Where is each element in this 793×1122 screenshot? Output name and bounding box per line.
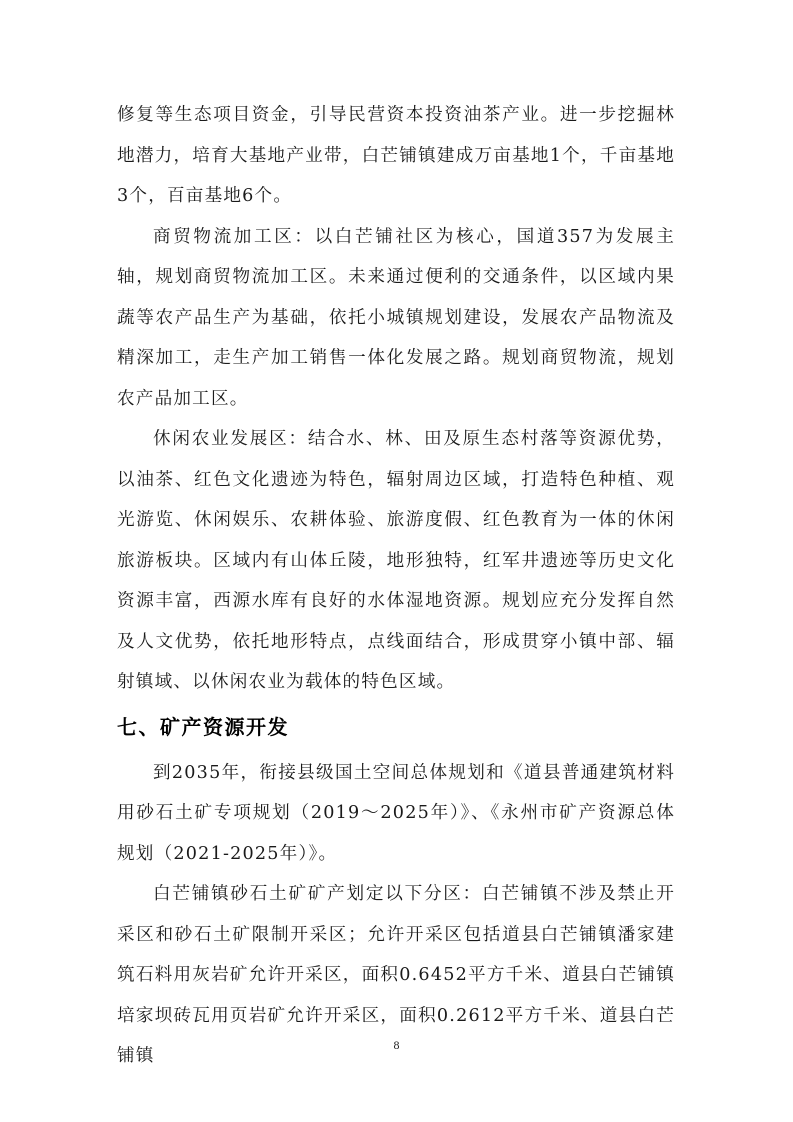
document-page: 修复等生态项目资金，引导民营资本投资油茶产业。进一步挖掘林地潜力，培育大基地产业… <box>0 0 793 1122</box>
paragraph-oil-tea-continuation: 修复等生态项目资金，引导民营资本投资油茶产业。进一步挖掘林地潜力，培育大基地产业… <box>117 95 675 217</box>
page-number: 8 <box>0 1038 793 1053</box>
paragraph-commerce-logistics-zone: 商贸物流加工区：以白芒铺社区为核心，国道357为发展主轴，规划商贸物流加工区。未… <box>117 217 675 420</box>
page-body: 修复等生态项目资金，引导民营资本投资油茶产业。进一步挖掘林地潜力，培育大基地产业… <box>117 95 675 1077</box>
paragraph-leisure-agriculture-zone: 休闲农业发展区：结合水、林、田及原生态村落等资源优势，以油茶、红色文化遗迹为特色… <box>117 419 675 703</box>
paragraph-mineral-plan-2035: 到2035年，衔接县级国土空间总体规划和《道县普通建筑材料用砂石土矿专项规划（2… <box>117 753 675 875</box>
section-heading-mineral-resources: 七、矿产资源开发 <box>117 707 675 747</box>
